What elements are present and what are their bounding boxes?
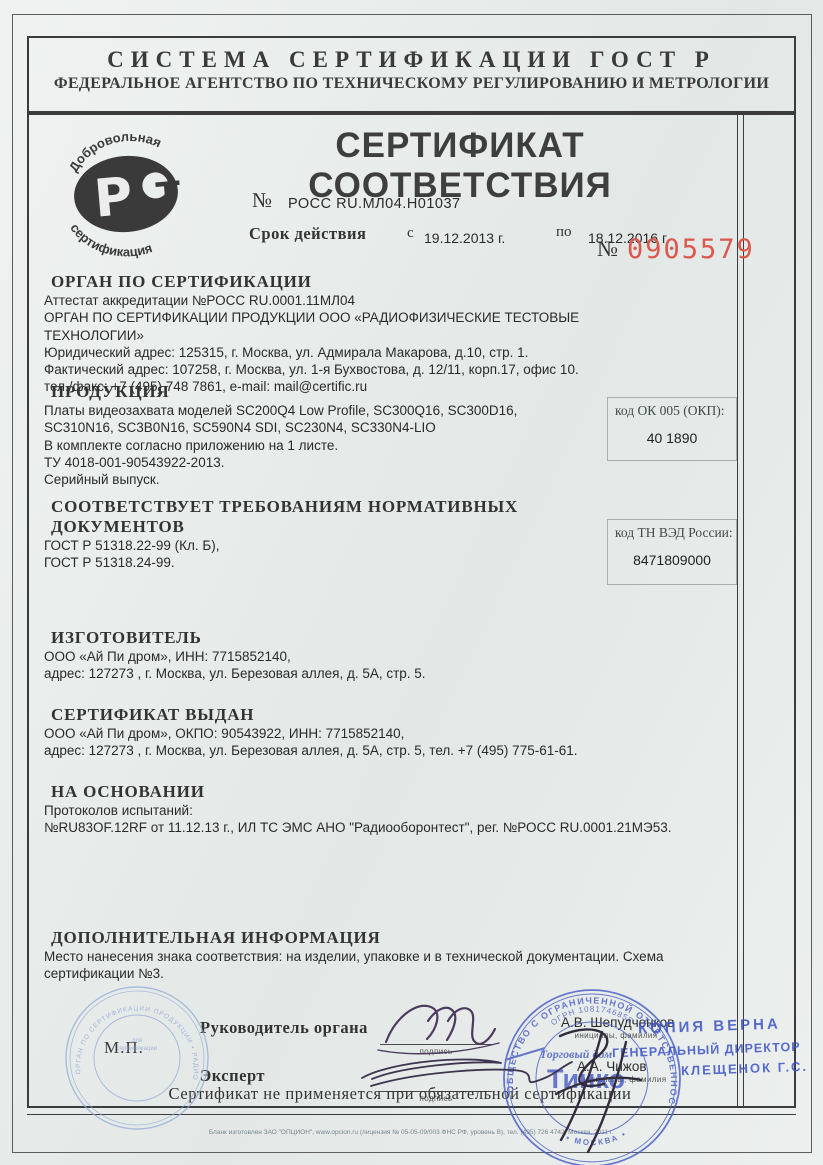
bottom-double-rule xyxy=(27,1114,796,1115)
section-line: №RU83OF.12RF от 11.12.13 г., ИЛ ТС ЭМС А… xyxy=(44,819,724,836)
expert-name: А.А. Чижов xyxy=(577,1059,647,1074)
cert-number: РОСС RU.МЛ04.Н01037 xyxy=(288,196,461,212)
cert-number-label: № xyxy=(252,188,272,213)
section-heading: НА ОСНОВАНИИ xyxy=(51,782,724,802)
section-line: адрес: 127273 , г. Москва, ул. Березовая… xyxy=(44,742,684,759)
okp-code-label: код ОК 005 (ОКП): xyxy=(608,398,736,419)
system-title: СИСТЕМА СЕРТИФИКАЦИИ ГОСТ Р xyxy=(29,47,794,73)
tnved-code-label: код ТН ВЭД России: xyxy=(608,520,736,541)
section-certification-body: ОРГАН ПО СЕРТИФИКАЦИИ Аттестат аккредита… xyxy=(44,272,614,396)
validity-label: Срок действия xyxy=(249,224,366,244)
logo-letter-t: т xyxy=(154,164,183,215)
agency-title: ФЕДЕРАЛЬНОЕ АГЕНТСТВО ПО ТЕХНИЧЕСКОМУ РЕ… xyxy=(29,75,794,93)
okp-code-box: код ОК 005 (ОКП): 40 1890 xyxy=(607,397,737,461)
non-mandatory-note: Сертификат не применяется при обязательн… xyxy=(40,1084,760,1104)
section-heading: ДОПОЛНИТЕЛЬНАЯ ИНФОРМАЦИЯ xyxy=(51,928,704,948)
head-signature-sublabel: подпись xyxy=(380,1047,492,1056)
tnved-code-value: 8471809000 xyxy=(608,552,736,568)
section-line: ТУ 4018-001-90543922-2013. xyxy=(44,454,604,471)
expert-name-sublabel: инициалы, фамилия xyxy=(570,1075,680,1084)
blank-number: 0905579 xyxy=(627,234,755,265)
section-line: SC310N16, SC3B0N16, SC590N4 SDI, SC230N4… xyxy=(44,419,604,436)
section-line: ООО «Ай Пи дром», ИНН: 7715852140, xyxy=(44,648,644,665)
certificate-page: СИСТЕМА СЕРТИФИКАЦИИ ГОСТ Р ФЕДЕРАЛЬНОЕ … xyxy=(0,0,823,1165)
logo-mark: Р т xyxy=(71,151,184,236)
section-line: Фактический адрес: 107258, г. Москва, ул… xyxy=(44,361,614,378)
validity-from-label: с xyxy=(407,225,414,242)
section-heading: СЕРТИФИКАТ ВЫДАН xyxy=(51,705,684,725)
expert-label: Эксперт xyxy=(200,1066,265,1086)
okp-code-value: 40 1890 xyxy=(608,430,736,446)
head-signature-line xyxy=(380,1044,492,1045)
section-issued-to: СЕРТИФИКАТ ВЫДАН ООО «Ай Пи дром», ОКПО:… xyxy=(44,705,684,760)
validity-from-date: 19.12.2013 г. xyxy=(424,230,505,246)
section-line: сертификации №3. xyxy=(44,965,704,982)
section-line: ГОСТ Р 51318.22-99 (Кл. Б), xyxy=(44,537,604,554)
section-additional-info: ДОПОЛНИТЕЛЬНАЯ ИНФОРМАЦИЯ Место нанесени… xyxy=(44,928,704,983)
section-line: Аттестат аккредитации №РОСС RU.0001.11МЛ… xyxy=(44,292,614,309)
header-box: СИСТЕМА СЕРТИФИКАЦИИ ГОСТ Р ФЕДЕРАЛЬНОЕ … xyxy=(27,36,796,113)
section-line: ООО «Ай Пи дром», ОКПО: 90543922, ИНН: 7… xyxy=(44,725,684,742)
section-conformity: СООТВЕТСТВУЕТ ТРЕБОВАНИЯМ НОРМАТИВНЫХ ДО… xyxy=(44,497,604,572)
section-heading: ПРОДУКЦИЯ xyxy=(51,382,604,402)
seal-place-label: М.П. xyxy=(104,1038,144,1058)
section-basis: НА ОСНОВАНИИ Протоколов испытаний: №RU83… xyxy=(44,782,724,837)
section-line: Платы видеозахвата моделей SC200Q4 Low P… xyxy=(44,402,604,419)
head-of-body-label: Руководитель органа xyxy=(200,1018,368,1038)
rst-voluntary-certification-logo: Добровольная Р т сертификация xyxy=(50,114,202,264)
section-line: адрес: 127273 , г. Москва, ул. Березовая… xyxy=(44,665,644,682)
blank-number-label: № xyxy=(597,236,618,262)
section-heading: ИЗГОТОВИТЕЛЬ xyxy=(51,628,644,648)
section-line: Место нанесения знака соответствия: на и… xyxy=(44,948,704,965)
tnved-code-box: код ТН ВЭД России: 8471809000 xyxy=(607,519,737,585)
section-product: ПРОДУКЦИЯ Платы видеозахвата моделей SC2… xyxy=(44,382,604,488)
section-heading: ОРГАН ПО СЕРТИФИКАЦИИ xyxy=(51,272,614,292)
document-title: СЕРТИФИКАТ СООТВЕТСТВИЯ xyxy=(195,126,725,206)
section-line: Серийный выпуск. xyxy=(44,471,604,488)
section-heading: СООТВЕТСТВУЕТ ТРЕБОВАНИЯМ НОРМАТИВНЫХ ДО… xyxy=(51,497,604,537)
section-line: Юридический адрес: 125315, г. Москва, ул… xyxy=(44,344,614,361)
logo-letter-p: Р xyxy=(92,167,135,230)
section-line: ГОСТ Р 51318.24-99. xyxy=(44,554,604,571)
section-line: В комплекте согласно приложению на 1 лис… xyxy=(44,437,604,454)
section-manufacturer: ИЗГОТОВИТЕЛЬ ООО «Ай Пи дром», ИНН: 7715… xyxy=(44,628,644,683)
section-line: ОРГАН ПО СЕРТИФИКАЦИИ ПРОДУКЦИИ ООО «РАД… xyxy=(44,309,614,344)
validity-to-label: по xyxy=(556,224,572,241)
section-line: Протоколов испытаний: xyxy=(44,802,724,819)
blank-manufacturer-fine-print: Бланк изготовлен ЗАО "ОПЦИОН", www.opcio… xyxy=(81,1129,741,1136)
